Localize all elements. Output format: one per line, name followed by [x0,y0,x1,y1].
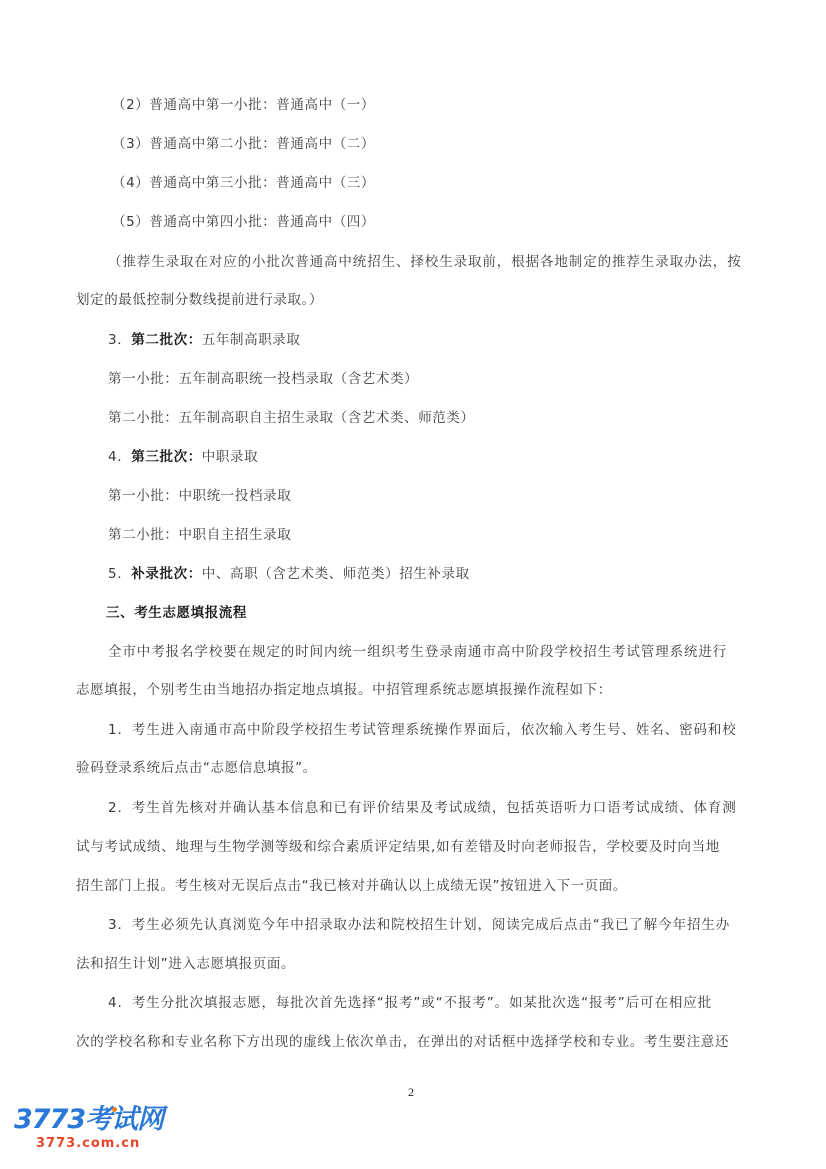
section3-heading: 三、考生志愿填报流程 [106,604,247,622]
logo-wordmark: 3773考试网 [14,1105,163,1135]
document-page: （2）普通高中第一小批：普通高中（一） （3）普通高中第二小批：普通高中（二） … [0,0,826,1169]
batch3-label: 第三批次： [131,449,202,465]
batch3-heading: 4．第三批次：中职录取 [108,448,258,466]
step4-line1: 4．考生分批次填报志愿，每批次首先选择“报考”或“不报考”。如某批次选“报考”后… [108,994,712,1012]
batch1-sub4-line: （4）普通高中第三小批：普通高中（三） [112,174,375,192]
recommendation-note-line2: 划定的最低控制分数线提前进行录取。） [76,291,323,309]
batch1-sub3-line: （3）普通高中第二小批：普通高中（二） [112,135,375,153]
batch3-text: 中职录取 [202,449,258,465]
supplementary-batch-label: 补录批次： [131,566,202,582]
step3-line1: 3．考生必须先认真浏览今年中招录取办法和院校招生计划，阅读完成后点击“我已了解今… [108,916,730,934]
batch2-heading: 3．第二批次：五年制高职录取 [108,331,301,349]
batch1-sub2-line: （2）普通高中第一小批：普通高中（一） [112,96,375,114]
intro-paragraph-line1: 全市中考报名学校要在规定的时间内统一组织考生登录南通市高中阶段学校招生考试管理系… [108,643,727,661]
batch3-sub1: 第一小批：中职统一投档录取 [108,487,291,505]
recommendation-note-line1: （推荐生录取在对应的小批次普通高中统招生、择校生录取前，根据各地制定的推荐生录取… [108,253,742,271]
batch1-sub5-line: （5）普通高中第四小批：普通高中（四） [112,213,375,231]
intro-paragraph-line2: 志愿填报，个别考生由当地招办指定地点填报。中招管理系统志愿填报操作流程如下： [76,681,612,699]
step2-line1: 2．考生首先核对并确认基本信息和已有评价结果及考试成绩，包括英语听力口语考试成绩… [108,799,737,817]
supplementary-batch-text: 中、高职（含艺术类、师范类）招生补录取 [202,566,470,582]
batch3-number: 4． [108,449,131,465]
logo-dot-icon [112,1107,117,1112]
step2-line2: 试与考试成绩、地理与生物学测等级和综合素质评定结果,如有差错及时向老师报告，学校… [76,838,720,856]
supplementary-batch-number: 5． [108,566,131,582]
batch3-sub2: 第二小批：中职自主招生录取 [108,526,291,544]
step2-line3: 招生部门上报。考生核对无误后点击“我已核对并确认以上成绩无误”按钮进入下一页面。 [76,877,627,895]
batch2-sub2: 第二小批：五年制高职自主招生录取（含艺术类、师范类） [108,409,475,427]
step4-line2: 次的学校名称和专业名称下方出现的虚线上依次单击，在弹出的对话框中选择学校和专业。… [76,1033,729,1051]
batch2-label: 第二批次： [131,332,202,348]
page-number: 2 [408,1085,414,1100]
step1-line2: 验码登录系统后点击“志愿信息填报”。 [76,759,317,777]
batch2-sub1: 第一小批：五年制高职统一投档录取（含艺术类） [108,370,418,388]
supplementary-batch-heading: 5．补录批次：中、高职（含艺术类、师范类）招生补录取 [108,565,470,583]
site-logo[interactable]: 3773考试网 3773.com.cn [14,1105,174,1160]
step1-line1: 1．考生进入南通市高中阶段学校招生考试管理系统操作界面后，依次输入考生号、姓名、… [108,721,737,739]
batch2-text: 五年制高职录取 [202,332,301,348]
logo-domain: 3773.com.cn [36,1136,140,1152]
batch2-number: 3． [108,332,131,348]
step3-line2: 法和招生计划”进入志愿填报页面。 [76,955,295,973]
